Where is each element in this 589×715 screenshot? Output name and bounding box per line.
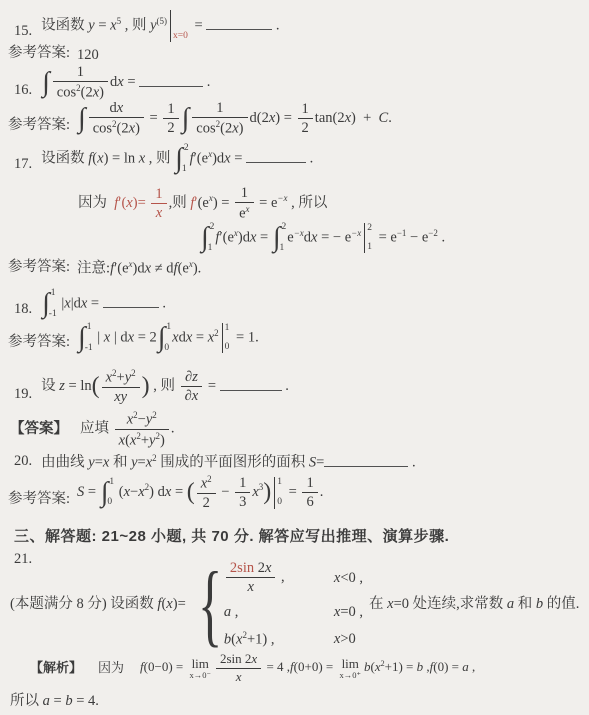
answer-17-note: 注意:f′(ex)dx ≠ df(ex). bbox=[77, 259, 201, 278]
math-txt: 2 bbox=[302, 120, 309, 136]
math-txt: >0 bbox=[340, 631, 355, 647]
math-txt: 和 bbox=[514, 596, 536, 612]
math-txt: (本题满分 8 分) 设函数 bbox=[10, 596, 157, 612]
math-frac: ∂z∂x bbox=[181, 369, 203, 404]
math-txt: | bbox=[94, 329, 104, 345]
math-txt: d bbox=[109, 100, 116, 116]
math-int: ∫21 bbox=[201, 222, 214, 254]
math-txt: , 则 bbox=[145, 150, 174, 166]
answer-label: 参考答案: bbox=[8, 44, 70, 65]
piecewise-row: b(x2+1) , x>0 bbox=[224, 630, 363, 649]
math-txt: 设函数 bbox=[41, 150, 88, 166]
math-blank bbox=[103, 294, 159, 308]
math-txt: ) bbox=[239, 121, 244, 137]
math-txt: = 4 , bbox=[263, 659, 290, 674]
problem-18-formula: ∫1-1 |x|dx = . bbox=[41, 288, 166, 320]
math-frac: 12 bbox=[298, 101, 313, 136]
math-frac: 12 bbox=[163, 101, 178, 136]
answer-19-row: 【答案】 应填 x2−y2x(x2+y2). bbox=[10, 410, 174, 449]
math-txt: ) d bbox=[149, 484, 165, 500]
problem-number: 19. bbox=[14, 385, 32, 405]
math-i: x bbox=[251, 651, 257, 666]
answer-label: 【答案】 bbox=[10, 420, 68, 438]
answer-16-formula: ∫dxcos2(2x) = 12∫1cos2(2x)d(2x) = 12tan(… bbox=[77, 100, 392, 137]
math-txt: 2sin 2 bbox=[220, 651, 251, 666]
math-txt: 围成的平面图形的面积 bbox=[157, 454, 309, 470]
conclusion-formula: 所以 a = b = 4. bbox=[10, 692, 99, 710]
math-txt: 1 bbox=[239, 475, 246, 491]
math-sup: −x bbox=[294, 228, 304, 239]
problem-16-formula: ∫1cos2(2x)dx = . bbox=[41, 64, 210, 101]
math-big: ( bbox=[187, 481, 195, 505]
math-i: C bbox=[379, 110, 389, 126]
math-txt: = ln bbox=[65, 378, 92, 394]
answer-19-formula: 应填 x2−y2x(x2+y2). bbox=[80, 410, 174, 449]
math-txt: = bbox=[191, 17, 206, 33]
math-txt: )d bbox=[212, 150, 224, 166]
math-txt: = bbox=[50, 693, 65, 709]
piecewise-expression: b(x2+1) , bbox=[224, 630, 322, 649]
math-txt: + bbox=[117, 370, 125, 386]
math-txt: . bbox=[159, 295, 166, 311]
answer-15-row: 参考答案: 120 bbox=[8, 44, 99, 65]
math-frac: 1ex bbox=[235, 185, 253, 222]
explanation-17-line2: ∫21f′(ex)dx = ∫21e−xdx = − e−x21 = e−1 −… bbox=[200, 222, 445, 254]
math-i: x bbox=[156, 205, 162, 221]
math-txt: ) = bbox=[213, 195, 233, 211]
math-txt: = bbox=[231, 150, 246, 166]
math-bar: 21 bbox=[364, 223, 372, 253]
problem-number: 15. bbox=[14, 22, 32, 42]
piecewise-row: 2sin 2xx , x<0 , bbox=[224, 560, 363, 595]
math-txt: = bbox=[84, 484, 99, 500]
problem-number: 20. bbox=[14, 452, 32, 472]
math-txt: )= bbox=[133, 195, 150, 211]
math-txt: cos bbox=[57, 85, 76, 101]
math-txt: . bbox=[282, 378, 289, 394]
math-txt: = − e bbox=[317, 229, 351, 245]
math-txt: 3 bbox=[239, 494, 246, 510]
math-blank bbox=[324, 453, 408, 467]
math-txt: 应填 bbox=[80, 421, 113, 437]
math-txt: 120 bbox=[77, 47, 99, 63]
math-txt: +1) = bbox=[385, 659, 417, 674]
math-int: ∫10 bbox=[101, 477, 114, 509]
math-txt: d bbox=[304, 229, 311, 245]
math-txt: , 则 bbox=[150, 378, 179, 394]
math-txt: = bbox=[95, 454, 103, 470]
math-txt: | d bbox=[110, 329, 127, 345]
answer-15-value: 120 bbox=[77, 46, 99, 64]
math-txt: ) bbox=[99, 85, 104, 101]
math-blank bbox=[246, 149, 306, 163]
problem-19-formula: 设 z = ln(x2+y2xy) , 则 ∂z∂x = . bbox=[41, 368, 289, 405]
math-txt: , bbox=[231, 604, 238, 620]
solution-21-formula: f(0−0) = limx→0⁻2sin 2xx = 4 ,f(0+0) = l… bbox=[140, 652, 475, 684]
math-txt: + bbox=[141, 432, 149, 448]
math-txt: 由曲线 bbox=[41, 454, 88, 470]
math-txt: 2 bbox=[203, 495, 210, 511]
answer-18-formula: ∫1-1 | x | dx = 2∫10xdx = x210 = 1. bbox=[77, 322, 259, 354]
math-frac: 1cos2(2x) bbox=[53, 64, 108, 101]
math-txt: (2 bbox=[220, 121, 232, 137]
problem-number: 17. bbox=[14, 155, 32, 175]
math-txt: − bbox=[130, 484, 138, 500]
math-blank bbox=[220, 377, 282, 391]
math-sup: 2 bbox=[152, 410, 157, 420]
answer-label: 参考答案: bbox=[8, 116, 70, 137]
math-blank bbox=[206, 16, 272, 30]
math-int: ∫ bbox=[78, 105, 86, 133]
math-txt: = e bbox=[256, 195, 278, 211]
piecewise-condition: x=0 , bbox=[334, 603, 363, 621]
math-txt: . bbox=[203, 74, 210, 90]
math-txt: , bbox=[469, 659, 476, 674]
math-txt: 和 bbox=[109, 454, 131, 470]
math-txt: 的值. bbox=[543, 596, 579, 612]
math-txt: = bbox=[95, 17, 110, 33]
math-txt: = bbox=[285, 484, 300, 500]
math-txt: +1) , bbox=[247, 631, 275, 647]
math-txt: 2sin bbox=[230, 560, 258, 576]
math-txt: = 4. bbox=[73, 693, 99, 709]
solution-21-conclusion: 所以 a = b = 4. bbox=[10, 692, 99, 710]
math-txt: 1 bbox=[306, 475, 313, 491]
math-txt: ′(e bbox=[114, 261, 128, 277]
problem-16-row: 16. ∫1cos2(2x)dx = . bbox=[14, 64, 210, 101]
math-sup: −x bbox=[351, 228, 361, 239]
math-txt: (2 bbox=[117, 121, 129, 137]
solution-word-because: 因为 bbox=[98, 660, 124, 676]
math-txt: = bbox=[256, 229, 271, 245]
answer-label: 参考答案: bbox=[8, 333, 70, 354]
math-sup: 2 bbox=[214, 328, 219, 339]
math-txt: , bbox=[277, 569, 284, 585]
math-txt: ) = bbox=[275, 110, 295, 126]
math-i: xy bbox=[114, 389, 127, 405]
math-frac: 1x bbox=[151, 186, 166, 221]
math-txt: cos bbox=[93, 121, 112, 137]
problem-number: 16. bbox=[14, 81, 32, 101]
math-int: ∫21 bbox=[273, 222, 286, 254]
math-txt: 6 bbox=[306, 494, 313, 510]
piecewise-condition: x<0 , bbox=[334, 569, 363, 587]
math-txt: . bbox=[306, 150, 313, 166]
math-txt: ′(e bbox=[219, 229, 233, 245]
piecewise-expression: 2sin 2xx , bbox=[224, 560, 322, 595]
math-frac: x22 bbox=[197, 474, 216, 511]
math-txt: . bbox=[388, 110, 392, 126]
piecewise-condition: x>0 bbox=[334, 630, 356, 648]
math-int: ∫ bbox=[42, 69, 50, 97]
math-txt: 1 bbox=[302, 101, 309, 117]
solution-label: 【解析】 bbox=[30, 660, 82, 676]
math-txt: cos bbox=[196, 121, 215, 137]
math-txt: , 所以 bbox=[287, 195, 327, 211]
math-frac: dxcos2(2x) bbox=[89, 100, 144, 137]
math-blank bbox=[139, 73, 203, 87]
math-txt: 1 bbox=[216, 100, 223, 116]
answer-20-row: 参考答案: S = ∫10 (x−x2) dx = (x22 − 13x3)10… bbox=[8, 474, 323, 511]
problem-21-body: (本题满分 8 分) 设函数 f(x)= { 2sin 2xx , x<0 , … bbox=[10, 560, 579, 648]
math-big: ( bbox=[92, 375, 100, 399]
math-txt: . bbox=[171, 421, 175, 437]
math-txt: 注意: bbox=[77, 261, 110, 277]
math-int: ∫1-1 bbox=[78, 322, 93, 354]
math-txt: ′(e bbox=[194, 150, 208, 166]
math-txt: =0 处连续,求常数 bbox=[394, 596, 507, 612]
math-bar: 10 bbox=[222, 323, 230, 353]
math-txt: 设函数 bbox=[41, 17, 88, 33]
math-txt: = bbox=[146, 110, 161, 126]
math-txt: = 2 bbox=[134, 329, 157, 345]
math-i: z bbox=[192, 369, 198, 385]
answer-20-formula: S = ∫10 (x−x2) dx = (x22 − 13x3)10 = 16. bbox=[77, 474, 323, 511]
math-txt: 2 bbox=[258, 560, 265, 576]
math-frac: 13 bbox=[235, 475, 250, 510]
math-txt: = 1. bbox=[232, 329, 258, 345]
math-sup: x bbox=[246, 204, 250, 214]
math-txt: d(2 bbox=[250, 110, 269, 126]
math-txt: )d bbox=[238, 229, 250, 245]
math-txt: 2 bbox=[167, 120, 174, 136]
math-frac: 2sin 2xx bbox=[216, 652, 261, 684]
exam-document-page: 15. 设函数 y = x5 , 则 y(5) x=0 = . 参考答案: 12… bbox=[0, 0, 589, 715]
math-txt: 1 bbox=[167, 101, 174, 117]
problem-19-row: 19. 设 z = ln(x2+y2xy) , 则 ∂z∂x = . bbox=[14, 368, 289, 405]
math-txt: 1 bbox=[155, 186, 162, 202]
math-txt: = bbox=[171, 484, 186, 500]
math-txt: 设 bbox=[41, 378, 59, 394]
math-frac: 16 bbox=[302, 475, 317, 510]
math-txt: 所以 bbox=[10, 693, 43, 709]
math-txt: = bbox=[124, 74, 139, 90]
problem-21-intro: (本题满分 8 分) 设函数 f(x)= bbox=[10, 595, 186, 613]
math-txt: |d bbox=[71, 295, 81, 311]
answer-label: 参考答案: bbox=[8, 490, 70, 511]
math-txt: = bbox=[204, 378, 219, 394]
problem-number: 18. bbox=[14, 300, 32, 320]
math-txt: , 则 bbox=[121, 17, 150, 33]
math-i: a bbox=[43, 693, 50, 709]
math-txt: = bbox=[316, 454, 324, 470]
math-frac: 2sin 2xx bbox=[226, 560, 275, 595]
math-txt: = bbox=[192, 329, 207, 345]
math-txt: (e bbox=[198, 195, 209, 211]
math-i: x bbox=[192, 388, 198, 404]
math-frac: x2+y2xy bbox=[102, 368, 140, 405]
math-big: ) bbox=[142, 375, 150, 399]
math-sup: −x bbox=[277, 193, 287, 204]
math-txt: (2 bbox=[81, 85, 93, 101]
math-int: ∫10 bbox=[158, 322, 171, 354]
math-sup: (5) bbox=[157, 16, 167, 27]
math-txt: − bbox=[218, 484, 233, 500]
math-txt: = e bbox=[375, 229, 397, 245]
math-txt: − e bbox=[406, 229, 428, 245]
math-sup: 2 bbox=[131, 368, 136, 378]
math-txt: . bbox=[408, 454, 415, 470]
math-txt: ) + bbox=[351, 110, 379, 126]
problem-18-row: 18. ∫1-1 |x|dx = . bbox=[14, 288, 166, 320]
math-txt: )d bbox=[133, 261, 145, 277]
math-int: ∫21 bbox=[175, 143, 188, 175]
math-txt: . bbox=[438, 229, 445, 245]
piecewise-rows: 2sin 2xx , x<0 , a , x=0 , b(x2+1) , x>0 bbox=[224, 560, 363, 648]
math-frac: x2−y2x(x2+y2) bbox=[115, 410, 169, 449]
math-txt: 因为 bbox=[78, 195, 114, 211]
explanation-17-line1: 因为 f′(x)= 1x,则 f′(ex) = 1ex = e−x , 所以 bbox=[78, 185, 327, 222]
math-lim: limx→0⁻ bbox=[189, 657, 211, 680]
math-i: x bbox=[247, 579, 253, 595]
math-txt: − bbox=[138, 412, 146, 428]
problem-15-row: 15. 设函数 y = x5 , 则 y(5) x=0 = . bbox=[14, 10, 280, 42]
math-txt: (e bbox=[178, 261, 189, 277]
math-txt: (0−0) = bbox=[144, 659, 187, 674]
math-txt: ) bbox=[160, 432, 165, 448]
math-i: x bbox=[236, 669, 242, 684]
math-lim: limx→0⁺ bbox=[339, 657, 361, 680]
math-txt: ) = ln bbox=[104, 150, 139, 166]
math-int: ∫ bbox=[182, 105, 190, 133]
math-txt: 1 bbox=[77, 64, 84, 80]
math-frac: 1cos2(2x) bbox=[192, 100, 247, 137]
explanation-formula: 因为 f′(x)= 1x,则 f′(ex) = 1ex = e−x , 所以 bbox=[78, 185, 327, 222]
math-txt: = bbox=[138, 454, 146, 470]
math-txt: tan(2 bbox=[315, 110, 345, 126]
math-big: ) bbox=[263, 481, 271, 505]
answer-17-row: 参考答案: 注意:f′(ex)dx ≠ df(ex). bbox=[8, 258, 201, 279]
problem-21-condition-text: 在 x=0 处连续,求常数 a 和 b 的值. bbox=[369, 595, 579, 613]
math-i: x bbox=[265, 560, 271, 576]
math-bar: 10 bbox=[274, 477, 282, 509]
math-txt: . bbox=[320, 484, 324, 500]
math-txt: ≠ d bbox=[151, 261, 173, 277]
math-sup: −1 bbox=[397, 228, 407, 239]
math-txt: . bbox=[272, 17, 279, 33]
math-int: ∫1-1 bbox=[42, 288, 57, 320]
answer-16-row: 参考答案: ∫dxcos2(2x) = 12∫1cos2(2x)d(2x) = … bbox=[8, 100, 392, 137]
explanation-formula: ∫21f′(ex)dx = ∫21e−xdx = − e−x21 = e−1 −… bbox=[200, 222, 445, 254]
math-txt: 在 bbox=[369, 596, 387, 612]
math-txt: )= bbox=[173, 596, 186, 612]
left-brace: { bbox=[198, 563, 222, 646]
piecewise-expression: a , bbox=[224, 603, 322, 621]
math-i: x bbox=[117, 100, 123, 116]
problem-15-formula: 设函数 y = x5 , 则 y(5) x=0 = . bbox=[41, 10, 279, 42]
math-sup: −2 bbox=[428, 228, 438, 239]
math-txt: (0) = bbox=[433, 659, 462, 674]
solution-21-row: 【解析】 因为 f(0−0) = limx→0⁻2sin 2xx = 4 ,f(… bbox=[30, 652, 475, 684]
math-sup: 2 bbox=[207, 474, 212, 484]
piecewise-row: a , x=0 , bbox=[224, 603, 363, 621]
math-txt: ,则 bbox=[169, 195, 191, 211]
problem-17-row: 17. 设函数 f(x) = ln x , 则 ∫21f′(ex)dx = . bbox=[14, 143, 313, 175]
math-txt: 1 bbox=[241, 185, 248, 201]
problem-20-formula: 由曲线 y=x 和 y=x2 围成的平面图形的面积 S= . bbox=[41, 453, 415, 472]
section-3-heading: 三、解答题: 21~28 小题, 共 70 分. 解答应写出推理、演算步骤. bbox=[14, 528, 449, 547]
piecewise-function: { 2sin 2xx , x<0 , a , x=0 , b(x2+1) , x… bbox=[188, 560, 363, 648]
math-txt: ). bbox=[193, 261, 201, 277]
math-txt: <0 , bbox=[340, 570, 363, 586]
answer-label: 参考答案: bbox=[8, 258, 70, 279]
math-bar: x=0 bbox=[170, 10, 188, 42]
math-txt: d bbox=[179, 329, 186, 345]
math-i: b bbox=[65, 693, 72, 709]
math-txt: (0+0) = bbox=[294, 659, 337, 674]
section-title: 三、解答题: 21~28 小题, 共 70 分. 解答应写出推理、演算步骤. bbox=[14, 528, 449, 547]
answer-18-row: 参考答案: ∫1-1 | x | dx = 2∫10xdx = x210 = 1… bbox=[8, 322, 259, 354]
problem-17-formula: 设函数 f(x) = ln x , 则 ∫21f′(ex)dx = . bbox=[41, 143, 313, 175]
math-txt: ) bbox=[135, 121, 140, 137]
math-txt: = bbox=[87, 295, 102, 311]
problem-20-row: 20. 由曲线 y=x 和 y=x2 围成的平面图形的面积 S= . bbox=[14, 452, 416, 472]
math-txt: ∂ bbox=[185, 388, 192, 404]
math-txt: ( bbox=[115, 484, 123, 500]
math-txt: =0 , bbox=[340, 604, 363, 620]
